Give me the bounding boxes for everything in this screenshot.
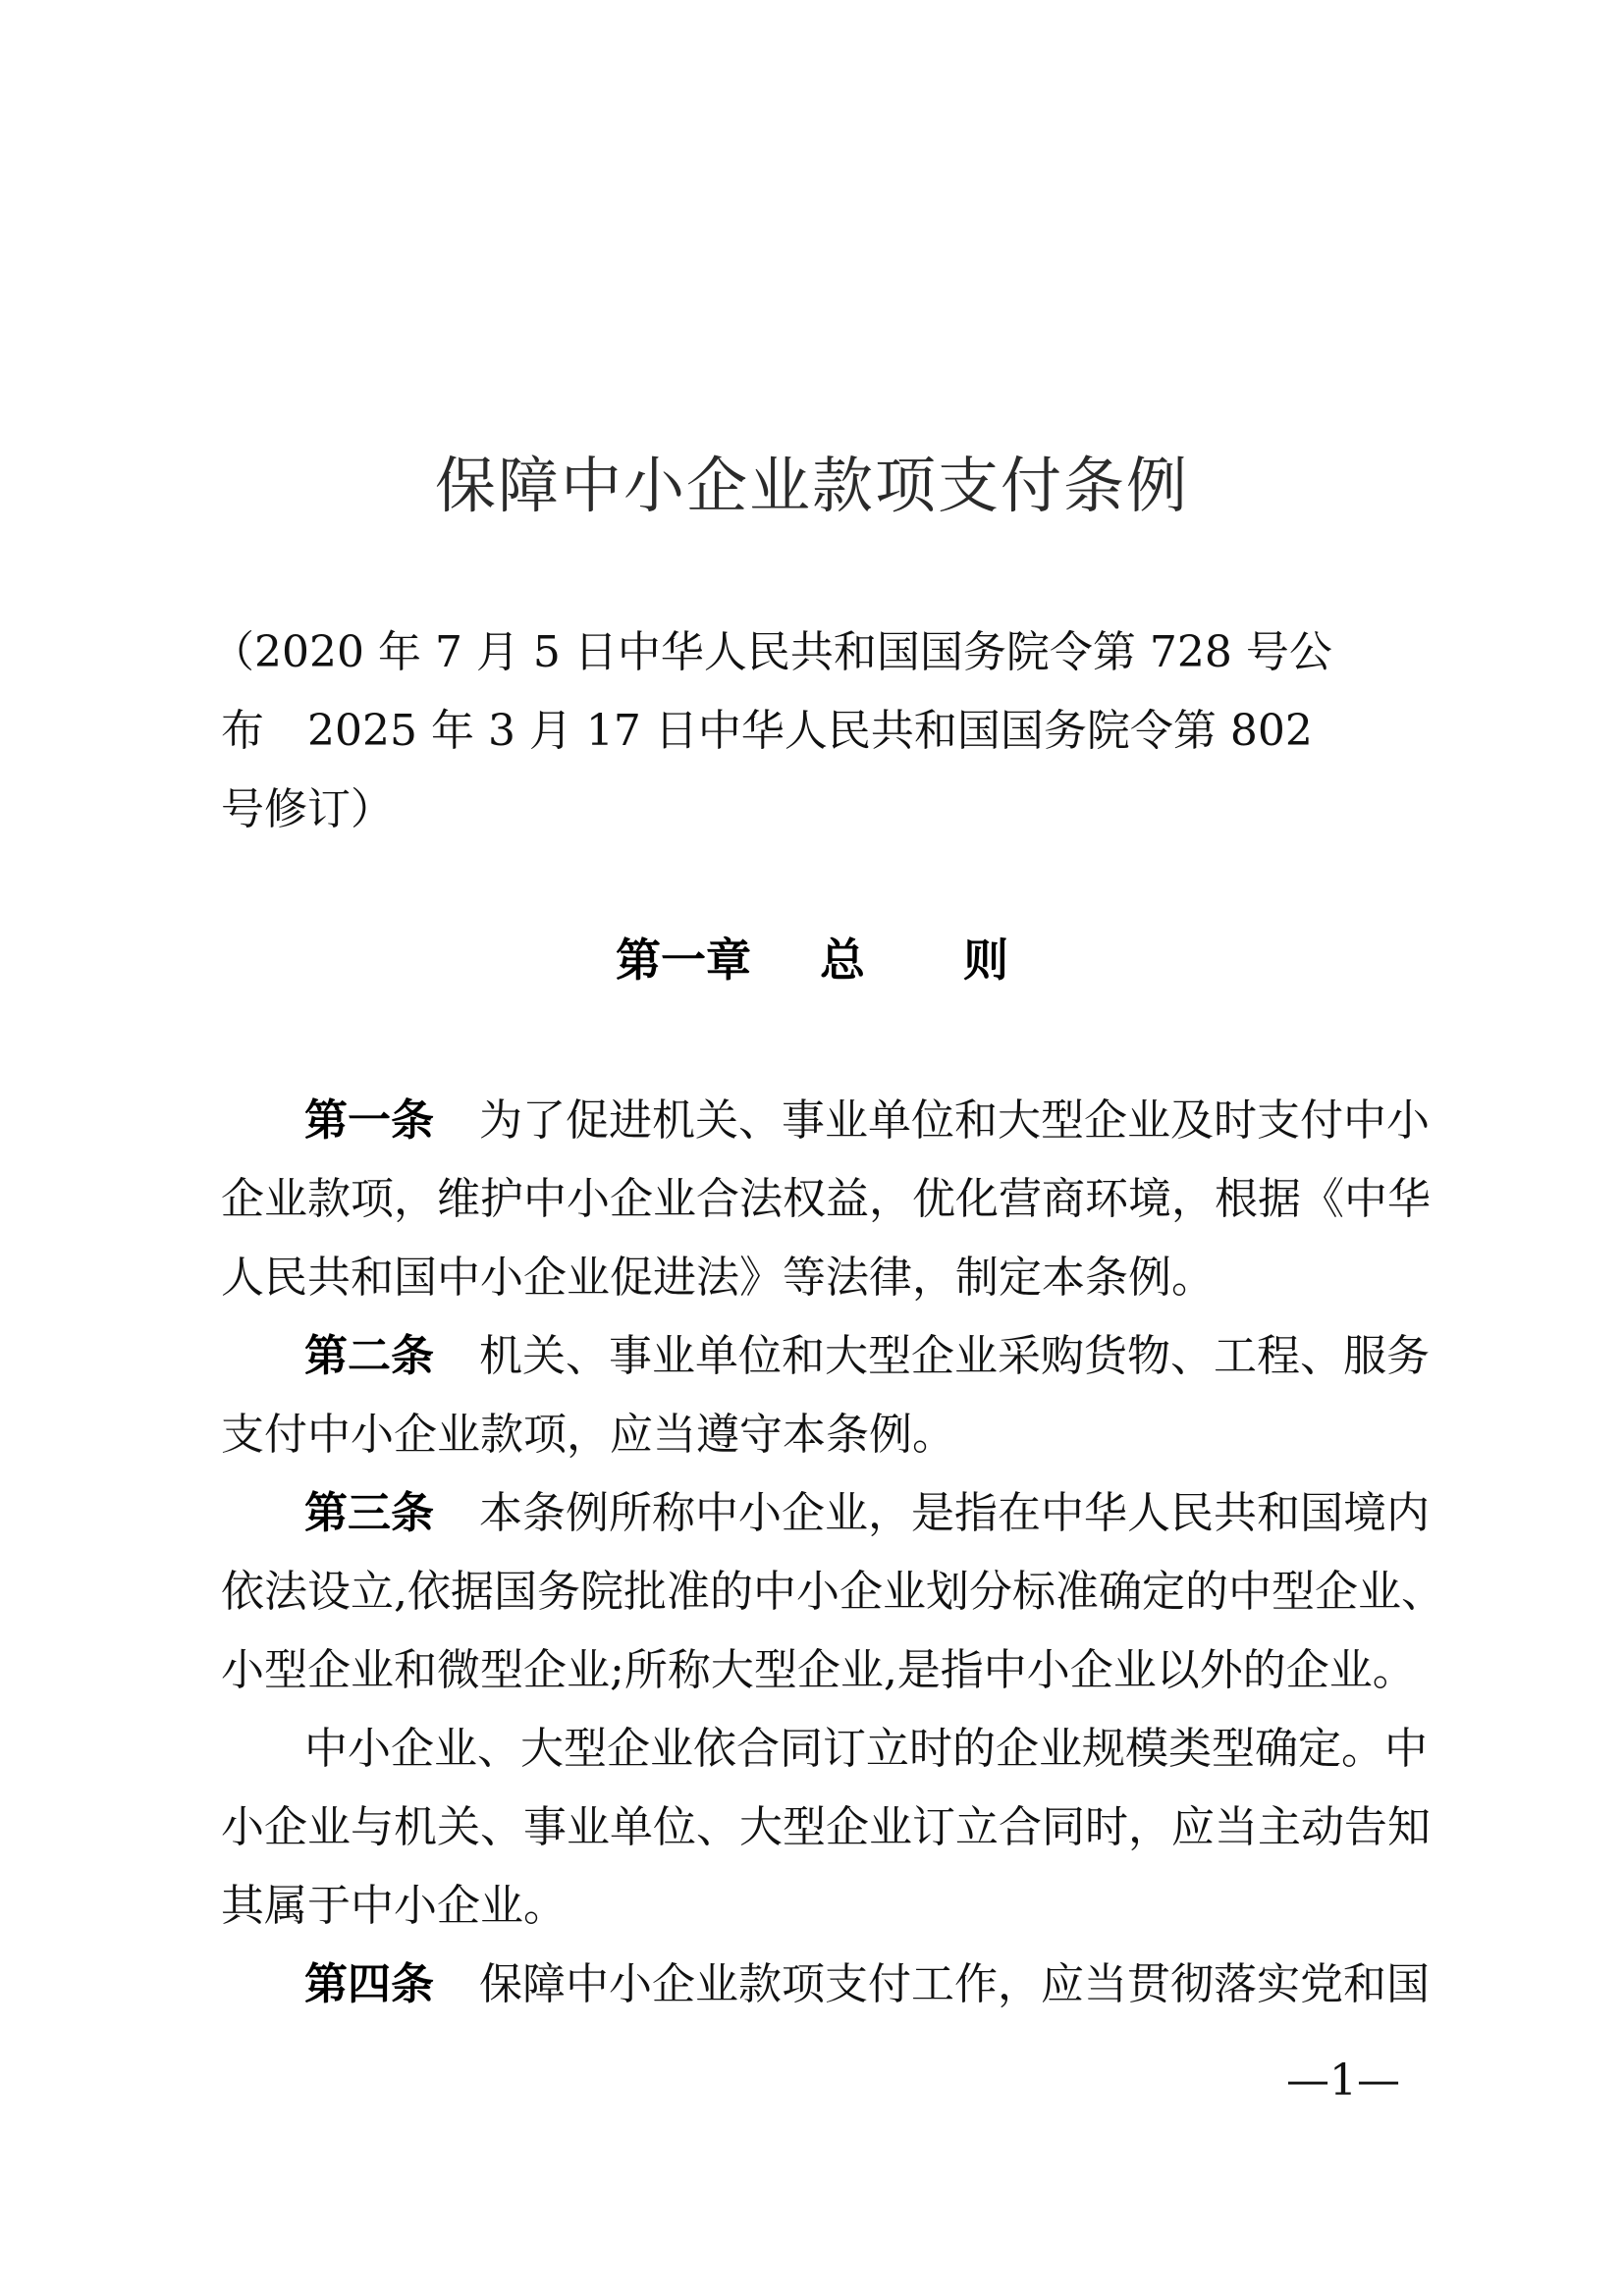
article-1-line-3: 人民共和国中小企业促进法》等法律，制定本条例。	[221, 1249, 1429, 1308]
article-2-first-line: 第二条机关、事业单位和大型企业采购货物、工程、服务	[304, 1327, 1512, 1386]
subtitle-line-1: （2020 年 7 月 5 日中华人民共和国国务院令第 728 号公	[211, 623, 1419, 682]
article-text: 为了促进机关、事业单位和大型企业及时支付中小	[479, 1095, 1430, 1146]
document-page: 保障中小企业款项支付条例 （2020 年 7 月 5 日中华人民共和国国务院令第…	[0, 0, 1624, 2296]
article-3-line-2: 依法设立,依据国务院批准的中小企业划分标准确定的中型企业、	[221, 1563, 1429, 1622]
article-3-para-2-line-3: 其属于中小企业。	[221, 1877, 1429, 1936]
article-label: 第二条	[304, 1331, 434, 1381]
chapter-title-part-2: 则	[963, 934, 1008, 987]
article-1-first-line: 第一条为了促进机关、事业单位和大型企业及时支付中小	[304, 1092, 1512, 1150]
article-text: 机关、事业单位和大型企业采购货物、工程、服务	[479, 1331, 1430, 1381]
article-text: 保障中小企业款项支付工作，应当贯彻落实党和国	[479, 1959, 1430, 2009]
chapter-number: 第一章	[616, 934, 751, 987]
page-number: —1—	[1286, 2052, 1400, 2110]
article-2-line-2: 支付中小企业款项，应当遵守本条例。	[221, 1406, 1429, 1465]
chapter-title-part-1: 总	[820, 934, 865, 987]
article-3-para-2-line-1: 中小企业、大型企业依合同订立时的企业规模类型确定。中	[304, 1720, 1512, 1779]
article-label: 第四条	[304, 1959, 434, 2009]
article-label: 第一条	[304, 1095, 434, 1146]
subtitle-line-2: 布 2025 年 3 月 17 日中华人民共和国国务院令第 802	[221, 702, 1429, 761]
subtitle-line-3: 号修订）	[221, 780, 1429, 839]
article-text: 本条例所称中小企业，是指在中华人民共和国境内	[479, 1488, 1430, 1538]
document-title: 保障中小企业款项支付条例	[0, 447, 1624, 525]
article-3-para-2-line-2: 小企业与机关、事业单位、大型企业订立合同时，应当主动告知	[221, 1798, 1429, 1857]
chapter-heading: 第一章总则	[0, 931, 1624, 989]
article-3-first-line: 第三条本条例所称中小企业，是指在中华人民共和国境内	[304, 1484, 1512, 1543]
article-1-line-2: 企业款项，维护中小企业合法权益，优化营商环境，根据《中华	[221, 1170, 1429, 1229]
article-label: 第三条	[304, 1488, 434, 1538]
article-3-line-3: 小型企业和微型企业;所称大型企业,是指中小企业以外的企业。	[221, 1641, 1429, 1700]
article-4-first-line: 第四条保障中小企业款项支付工作，应当贯彻落实党和国	[304, 1955, 1512, 2014]
